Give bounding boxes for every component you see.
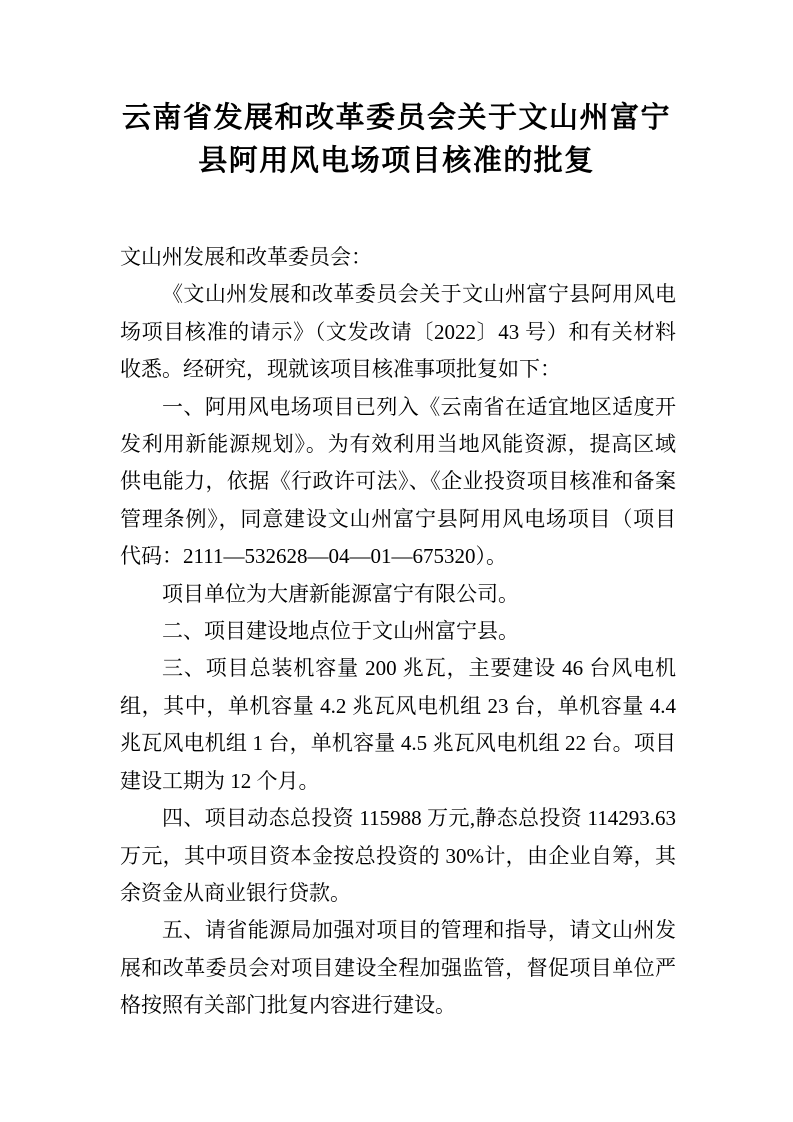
paragraph-item-1: 一、阿用风电场项目已列入《云南省在适宜地区适度开发利用新能源规划》。为有效利用当… bbox=[120, 389, 676, 576]
paragraph-project-owner: 项目单位为大唐新能源富宁有限公司。 bbox=[120, 576, 676, 613]
salutation: 文山州发展和改革委员会： bbox=[120, 239, 676, 276]
document-title-line-2: 县阿用风电场项目核准的批复 bbox=[97, 140, 697, 183]
paragraph-intro: 《文山州发展和改革委员会关于文山州富宁县阿用风电场项目核准的请示》（文发改请〔2… bbox=[120, 276, 676, 388]
paragraph-item-4: 四、项目动态总投资 115988 万元,静态总投资 114293.63 万元，其… bbox=[120, 800, 676, 912]
paragraph-item-2: 二、项目建设地点位于文山州富宁县。 bbox=[120, 613, 676, 650]
document-body: 文山州发展和改革委员会： 《文山州发展和改革委员会关于文山州富宁县阿用风电场项目… bbox=[120, 239, 676, 1025]
document-title-line-1: 云南省发展和改革委员会关于文山州富宁 bbox=[97, 97, 697, 140]
document-page: 云南省发展和改革委员会关于文山州富宁 县阿用风电场项目核准的批复 文山州发展和改… bbox=[0, 0, 793, 1122]
paragraph-item-5: 五、请省能源局加强对项目的管理和指导，请文山州发展和改革委员会对项目建设全程加强… bbox=[120, 912, 676, 1024]
document-title: 云南省发展和改革委员会关于文山州富宁 县阿用风电场项目核准的批复 bbox=[97, 0, 697, 183]
paragraph-item-3: 三、项目总装机容量 200 兆瓦，主要建设 46 台风电机组，其中，单机容量 4… bbox=[120, 650, 676, 800]
